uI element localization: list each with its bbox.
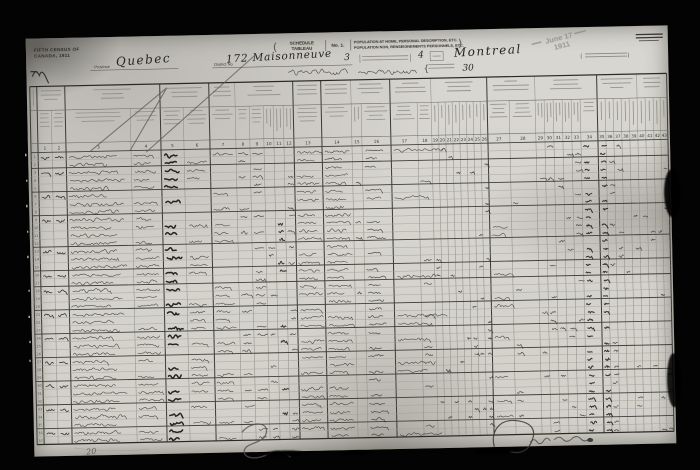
divider bbox=[350, 39, 351, 50]
svg-text:13: 13 bbox=[34, 250, 39, 254]
svg-text:30: 30 bbox=[547, 135, 553, 140]
svg-text:20: 20 bbox=[35, 305, 40, 309]
svg-text:35: 35 bbox=[599, 134, 605, 139]
svg-text:33: 33 bbox=[574, 135, 580, 140]
page-number-value: 30 bbox=[462, 63, 474, 73]
svg-text:40: 40 bbox=[639, 133, 645, 138]
svg-text:35: 35 bbox=[38, 423, 43, 427]
svg-text:37: 37 bbox=[38, 439, 43, 443]
svg-text:16: 16 bbox=[35, 273, 40, 277]
svg-text:5: 5 bbox=[34, 187, 36, 191]
svg-text:2: 2 bbox=[34, 163, 36, 167]
svg-text:9: 9 bbox=[35, 218, 38, 222]
bottom-edge-blotches bbox=[264, 446, 512, 459]
handwritten-page-mark bbox=[30, 71, 48, 83]
svg-text:29: 29 bbox=[37, 376, 42, 380]
census-page-scan: FIFTH CENSUS OF CANADA, 1911 ( SCHEDULE … bbox=[26, 25, 677, 456]
svg-text:14: 14 bbox=[334, 140, 340, 145]
svg-text:7: 7 bbox=[34, 202, 36, 206]
svg-text:15: 15 bbox=[35, 266, 40, 270]
svg-text:3: 3 bbox=[34, 171, 36, 175]
svg-text:11: 11 bbox=[34, 234, 39, 238]
svg-text:36: 36 bbox=[607, 134, 613, 139]
svg-text:10: 10 bbox=[34, 226, 39, 230]
svg-text:4: 4 bbox=[145, 144, 148, 149]
svg-text:23: 23 bbox=[36, 329, 41, 333]
svg-text:15: 15 bbox=[354, 139, 360, 144]
imprint-line2: CANADA, 1911 bbox=[34, 53, 70, 59]
svg-text:32: 32 bbox=[37, 400, 42, 404]
svg-text:22: 22 bbox=[454, 137, 460, 142]
svg-text:1: 1 bbox=[44, 146, 47, 151]
svg-text:26: 26 bbox=[36, 352, 41, 356]
scribble-number: 20 bbox=[85, 447, 97, 457]
svg-text:28: 28 bbox=[520, 136, 526, 141]
small-box-text-bar bbox=[433, 56, 441, 57]
scan-background: FIFTH CENSUS OF CANADA, 1911 ( SCHEDULE … bbox=[0, 0, 700, 470]
svg-text:31: 31 bbox=[37, 392, 42, 396]
svg-text:19: 19 bbox=[433, 138, 439, 143]
schedule-title-fr: POPULATION NON, RENSEIGNEMENTS PERSONNEL… bbox=[354, 44, 464, 50]
svg-text:24: 24 bbox=[36, 337, 41, 341]
stamp-dash bbox=[574, 31, 586, 34]
enumerator-label-bar2 bbox=[428, 67, 454, 68]
schedule-number: No. 1. bbox=[331, 43, 344, 49]
svg-text:33: 33 bbox=[38, 408, 43, 412]
svg-text:8: 8 bbox=[242, 142, 245, 147]
svg-text:11: 11 bbox=[276, 141, 282, 146]
svg-text:17: 17 bbox=[35, 281, 40, 285]
census-table-grid bbox=[30, 73, 674, 444]
stamp-dash bbox=[532, 42, 542, 44]
svg-text:27: 27 bbox=[496, 136, 502, 141]
svg-text:7: 7 bbox=[222, 142, 225, 147]
imprint-line1: FIFTH CENSUS OF bbox=[34, 47, 80, 53]
city-bracket-label bbox=[360, 54, 411, 63]
svg-text:17: 17 bbox=[402, 138, 408, 143]
svg-text:34: 34 bbox=[38, 415, 43, 419]
svg-text:25: 25 bbox=[475, 137, 481, 142]
province-value: Quebec bbox=[115, 51, 171, 69]
svg-text:2: 2 bbox=[58, 145, 61, 150]
svg-text:38: 38 bbox=[623, 134, 629, 139]
corner-fine-print: ( ) bbox=[580, 33, 664, 60]
svg-text:5: 5 bbox=[171, 143, 174, 148]
svg-text:9: 9 bbox=[256, 141, 259, 146]
svg-text:6: 6 bbox=[34, 195, 37, 199]
census-page-content: FIFTH CENSUS OF CANADA, 1911 ( SCHEDULE … bbox=[16, 19, 697, 469]
svg-text:25: 25 bbox=[36, 344, 41, 348]
svg-text:22: 22 bbox=[36, 321, 41, 325]
svg-text:16: 16 bbox=[374, 139, 380, 144]
svg-text:42: 42 bbox=[655, 133, 661, 138]
svg-text:23: 23 bbox=[461, 137, 467, 142]
svg-text:30: 30 bbox=[37, 384, 42, 388]
svg-text:): ) bbox=[627, 52, 629, 59]
svg-text:4: 4 bbox=[34, 179, 37, 183]
svg-text:27: 27 bbox=[37, 360, 42, 364]
svg-text:12: 12 bbox=[286, 141, 292, 146]
svg-text:31: 31 bbox=[556, 135, 562, 140]
enumerator-label-bar1 bbox=[428, 64, 454, 65]
svg-text:36: 36 bbox=[38, 431, 43, 435]
census-office-imprint: FIFTH CENSUS OF CANADA, 1911 bbox=[34, 47, 80, 59]
province-label: Province bbox=[94, 64, 110, 69]
page-curl-shadow bbox=[666, 353, 681, 407]
svg-text:24: 24 bbox=[468, 137, 474, 142]
svg-text:(: ( bbox=[580, 53, 582, 60]
subdistrict-number: 3 bbox=[344, 53, 350, 63]
svg-text:32: 32 bbox=[565, 135, 571, 140]
svg-text:41: 41 bbox=[647, 133, 653, 138]
svg-text:12: 12 bbox=[34, 242, 39, 246]
svg-text:37: 37 bbox=[615, 134, 621, 139]
pencil-scribble-right bbox=[530, 436, 590, 444]
edge-specks bbox=[25, 154, 31, 362]
svg-text:19: 19 bbox=[35, 297, 40, 301]
svg-text:34: 34 bbox=[587, 134, 593, 139]
pencil-diagonal-marks bbox=[88, 56, 256, 153]
svg-text:13: 13 bbox=[305, 140, 311, 145]
column-number-row: 1234567891011121314151617181920212223242… bbox=[44, 133, 668, 151]
district-rule bbox=[212, 65, 352, 68]
svg-text:18: 18 bbox=[422, 138, 428, 143]
svg-text:39: 39 bbox=[631, 133, 637, 138]
svg-text:21: 21 bbox=[36, 313, 41, 317]
svg-text:10: 10 bbox=[266, 141, 272, 146]
ink-blot bbox=[587, 438, 593, 442]
district-value: 172 Maisonneuve bbox=[226, 48, 333, 66]
svg-text:14: 14 bbox=[34, 258, 39, 262]
svg-text:43: 43 bbox=[662, 133, 668, 138]
enumerator-brace: { bbox=[423, 64, 429, 74]
svg-text:29: 29 bbox=[538, 135, 544, 140]
svg-text:28: 28 bbox=[37, 368, 42, 372]
svg-text:20: 20 bbox=[440, 137, 446, 142]
svg-text:21: 21 bbox=[447, 137, 453, 142]
city-value: Montreal bbox=[453, 42, 523, 60]
svg-text:26: 26 bbox=[482, 137, 488, 142]
svg-text:18: 18 bbox=[35, 289, 40, 293]
svg-text:6: 6 bbox=[196, 143, 199, 148]
svg-text:8: 8 bbox=[35, 210, 38, 214]
svg-text:1: 1 bbox=[33, 155, 35, 159]
column-header-print bbox=[33, 76, 665, 137]
city-number: 4 bbox=[417, 50, 424, 60]
